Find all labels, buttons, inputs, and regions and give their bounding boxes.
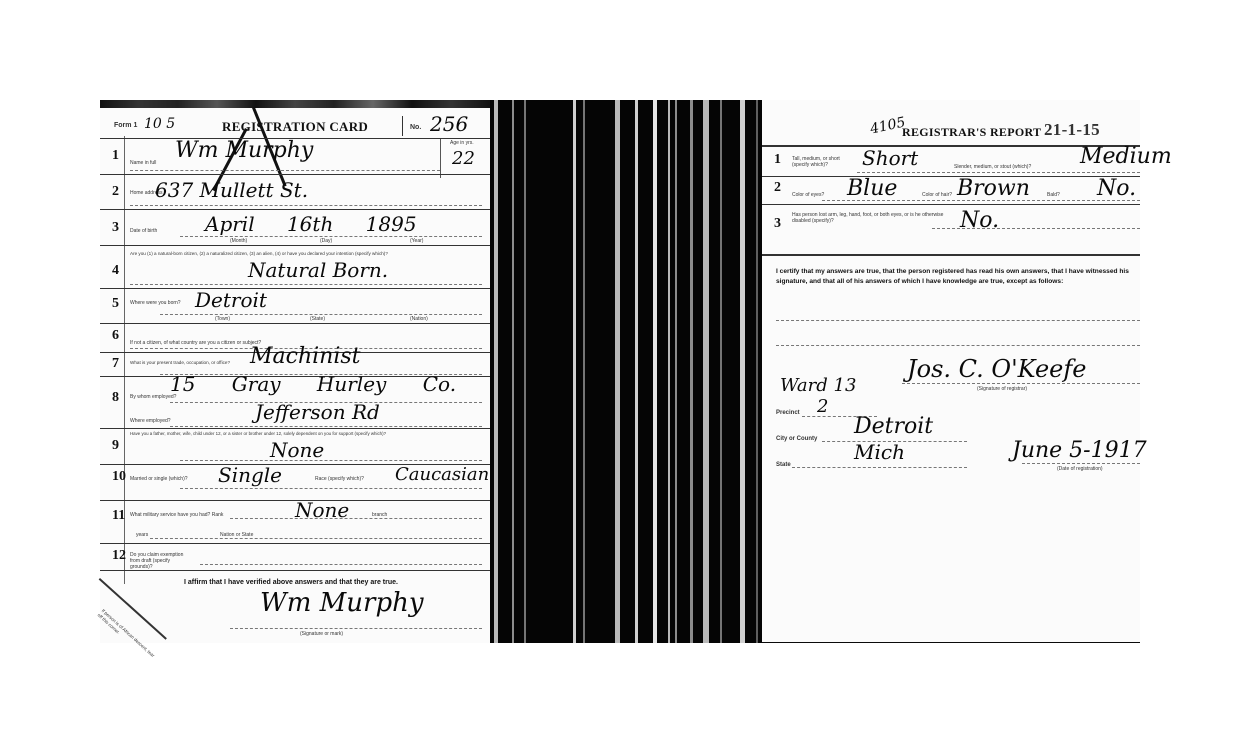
registration-date: June 5-1917 (1012, 438, 1147, 463)
exceptions-line (776, 345, 1140, 346)
scan-top-edge (100, 100, 490, 108)
sublabel: (Year) (410, 238, 423, 244)
signature-line (902, 383, 1140, 384)
serial-no-label: No. (410, 124, 421, 131)
state-value: Mich (854, 440, 905, 464)
affirmation-text: I affirm that I have verified above answ… (184, 578, 398, 588)
row-number: 1 (112, 148, 119, 164)
row-label: Tall, medium, or short (specify which)? (792, 156, 857, 168)
registrar-caption: (Signature of registrar) (977, 386, 1027, 392)
bald-label: Bald? (1047, 192, 1060, 198)
age-label: Age in yrs. (450, 140, 474, 146)
row-number: 1 (774, 152, 781, 168)
date-caption: (Date of registration) (1057, 466, 1103, 472)
age-divider (440, 138, 441, 178)
signature-line (230, 628, 482, 629)
hair-color-value: Brown (957, 176, 1030, 201)
corner-note: If person is of African descent, tear of… (96, 608, 156, 664)
sublabel: (Nation) (410, 316, 428, 322)
disability-label: Has person lost arm, leg, hand, foot, or… (792, 212, 947, 224)
marital-status-value: Single (218, 463, 282, 487)
row-label: Married or single (which)? (130, 476, 188, 482)
occupation-value: Machinist (250, 344, 361, 369)
field-line (160, 314, 482, 315)
row-divider (100, 323, 490, 324)
eye-color-value: Blue (847, 176, 897, 201)
row-divider (762, 204, 1140, 205)
build-label: Slender, medium, or stout (which)? (954, 164, 1031, 170)
microfilm-strip (490, 100, 762, 643)
address-value: 637 Mullett St. (155, 178, 308, 202)
eye-color-label: Color of eyes? (792, 192, 824, 198)
field-line (180, 488, 482, 489)
precinct-label: Precinct (776, 410, 800, 416)
report-code: 21-1-15 (1044, 120, 1100, 140)
birthdate-value: April 16th 1895 (205, 212, 417, 236)
race-value: Caucasian (395, 464, 489, 485)
field-line (170, 426, 482, 427)
row-divider (100, 543, 490, 544)
row-sublabel: Where employed? (130, 418, 171, 424)
row-number: 6 (112, 328, 119, 344)
row-label: Have you a father, mother, wife, child u… (130, 431, 386, 436)
date-line (1022, 463, 1140, 464)
row-label: What is your present trade, occupation, … (130, 360, 230, 365)
race-label: Race (specify which)? (315, 476, 364, 482)
serial-divider (402, 116, 403, 136)
row-number: 4 (112, 263, 119, 279)
row-divider (762, 176, 1140, 177)
hair-color-label: Color of hair? (922, 192, 952, 198)
sublabel: (Town) (215, 316, 230, 322)
state-label: State (776, 462, 791, 468)
row-divider (100, 209, 490, 210)
birthplace-value: Detroit (195, 288, 267, 312)
height-value: Short (862, 146, 918, 170)
row-number: 9 (112, 438, 119, 454)
sublabel: (Day) (320, 238, 332, 244)
row-number: 10 (112, 469, 126, 485)
city-label: City or County (776, 436, 817, 442)
row-label: Are you (1) a natural-born citizen, (2) … (130, 251, 388, 256)
registration-card: Form 1 10 5 REGISTRATION CARD No. 256 Ag… (100, 108, 490, 643)
form-label: Form 1 (114, 122, 137, 129)
field-line (200, 564, 482, 565)
city-value: Detroit (854, 414, 933, 439)
row-number: 11 (112, 508, 125, 524)
registrant-signature: Wm Murphy (260, 588, 424, 618)
signature-caption: (Signature or mark) (300, 631, 343, 637)
age-value: 22 (452, 148, 475, 169)
row-number: 2 (774, 180, 781, 196)
field-line (130, 205, 482, 206)
row-label: Name in full (130, 160, 156, 166)
years-label: years (136, 532, 148, 538)
field-line (932, 228, 1140, 229)
field-line (130, 170, 440, 171)
row-label: If not a citizen, of what country are yo… (130, 340, 261, 346)
exceptions-line (776, 320, 1140, 321)
row-number: 7 (112, 356, 119, 372)
tear-corner-line (99, 578, 167, 640)
field-line (857, 172, 1140, 173)
ward-value: Ward 13 (780, 375, 856, 396)
employment-place-value: Jefferson Rd (255, 400, 380, 424)
employer-value: 15 Gray Hurley Co. (170, 372, 456, 396)
row-divider (100, 174, 490, 175)
row-divider (100, 245, 490, 246)
field-line (230, 518, 482, 519)
row-divider (100, 428, 490, 429)
row-number: 3 (774, 216, 781, 232)
field-line (130, 284, 482, 285)
row-label: Do you claim exemption from draft (speci… (130, 552, 190, 570)
citizenship-value: Natural Born. (248, 258, 388, 282)
row-number: 8 (112, 390, 119, 406)
field-line (150, 538, 482, 539)
form-value: 10 5 (144, 116, 175, 132)
row-number: 2 (112, 184, 119, 200)
name-value: Wm Murphy (175, 138, 313, 163)
row-label: Where were you born? (130, 300, 181, 306)
field-line (792, 467, 967, 468)
sublabel: (State) (310, 316, 325, 322)
precinct-value: 2 (817, 396, 828, 417)
build-value: Medium (1080, 144, 1172, 169)
row-number: 5 (112, 296, 119, 312)
certification-text: I certify that my answers are true, that… (776, 267, 1138, 287)
report-title: REGISTRAR'S REPORT (902, 125, 1041, 140)
row-number: 12 (112, 548, 126, 564)
field-line (180, 236, 482, 237)
row-label: What military service have you had? Rank (130, 512, 223, 518)
bald-value: No. (1097, 176, 1136, 201)
row-divider (100, 288, 490, 289)
registrar-signature: Jos. C. O'Keefe (907, 355, 1086, 383)
sublabel: (Month) (230, 238, 247, 244)
row-label: Date of birth (130, 228, 157, 234)
row-divider (762, 254, 1140, 256)
dependents-value: None (270, 438, 324, 462)
row-divider (100, 570, 490, 571)
row-number: 3 (112, 220, 119, 236)
serial-number: 256 (430, 112, 468, 136)
registrars-report-card: 4105 REGISTRAR'S REPORT 21-1-15 1 Tall, … (762, 100, 1140, 642)
field-line (180, 460, 482, 461)
disability-value: No. (960, 208, 999, 233)
field-line (822, 200, 1140, 201)
